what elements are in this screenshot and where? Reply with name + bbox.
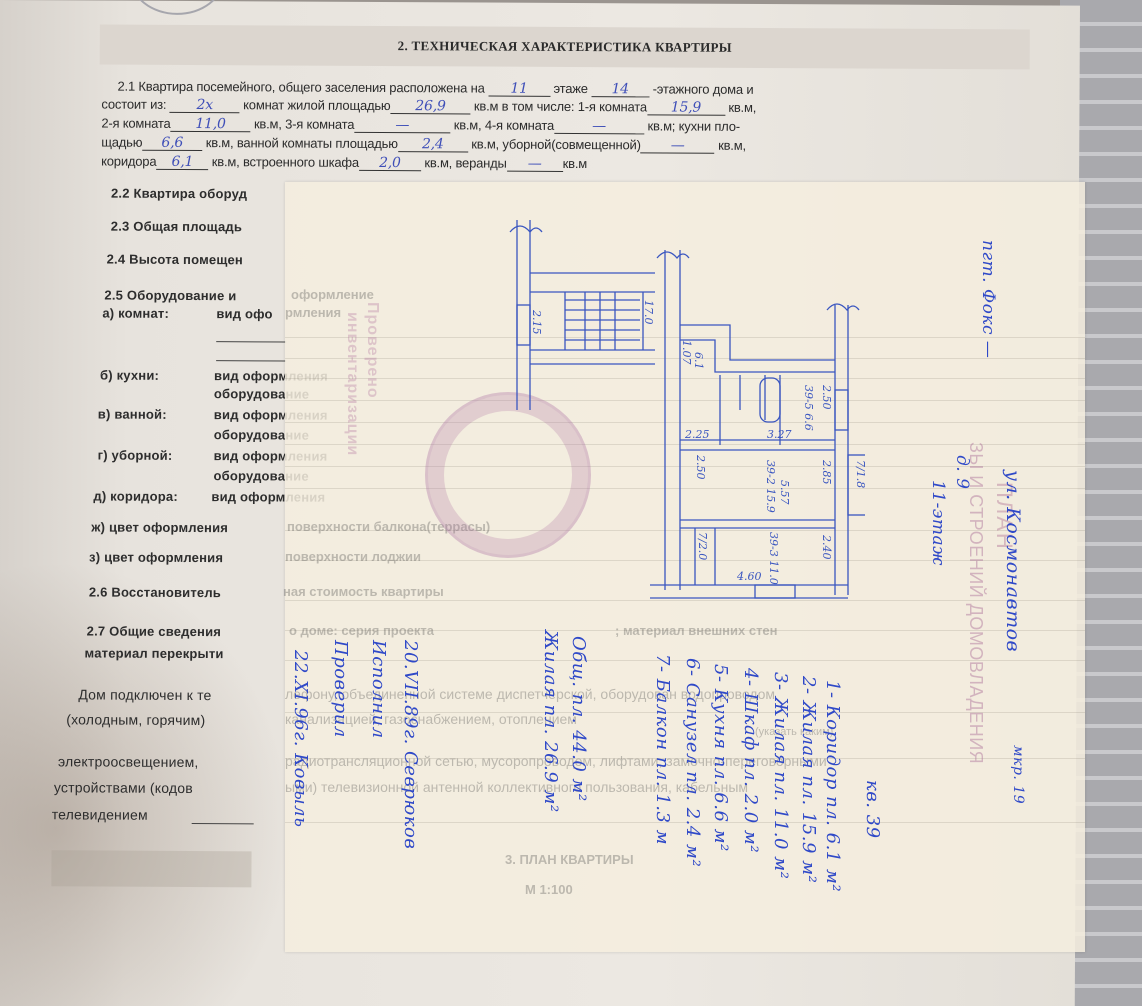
blank-line	[216, 341, 286, 342]
item-2-2: 2.2 Квартира оборуд	[111, 186, 247, 202]
para-2-1-line-1: 2.1 Квартира посемейного, общего заселен…	[118, 79, 754, 98]
dim-room1-l: 5.57	[778, 480, 791, 505]
item-2-6: 2.6 Восстановитель	[89, 584, 221, 600]
hw-item-4: 4- Шкаф пл. 2.0 м²	[740, 668, 761, 853]
dim-bath: 2.25	[684, 428, 710, 441]
hw-item-5: 5- Кухня пл. 6.6 м²	[710, 664, 731, 852]
text: кв.м, уборной(совмещенной)	[471, 136, 641, 152]
house-water: (холодным, горячим)	[66, 711, 205, 728]
text: кв.м	[563, 156, 587, 171]
hw-executed-by: Исполнил	[368, 640, 389, 739]
text: этаже	[553, 81, 587, 96]
text: кв.м,	[728, 100, 756, 115]
faded-text: оформление	[291, 287, 374, 302]
floor-field[interactable]: 11	[488, 83, 550, 97]
label-loggia-color: з) цвет оформления	[89, 549, 223, 565]
faded-text: ; материал внешних стен	[615, 623, 778, 638]
text: комнат жилой площадью	[243, 97, 390, 113]
label-rooms: а) комнат:	[102, 306, 169, 321]
faded-text: ная стоимость квартиры	[283, 584, 444, 599]
text: кв.м,	[718, 138, 746, 153]
room2-field[interactable]: 11,0	[170, 118, 250, 132]
veranda-field[interactable]: —	[507, 158, 563, 172]
label-balcony-color: ж) цвет оформления	[91, 519, 228, 535]
item-2-7: 2.7 Общие сведения	[87, 623, 221, 639]
hw-address-4: мкр. 19	[1010, 745, 1026, 804]
stamp-text: Проверено	[363, 302, 381, 399]
room2-label: 39-3 11.0	[767, 532, 780, 585]
text: 2-я комната	[101, 116, 170, 131]
dim-kitchen-l: 3.27	[767, 428, 792, 441]
house-tv: телевидением	[52, 806, 148, 823]
hw-address-3: д. 9	[952, 455, 972, 489]
hw-living-area: Жилая пл. 26.9 м²	[540, 630, 561, 813]
item-2-5: 2.5 Оборудование и	[104, 288, 236, 304]
footer-band	[51, 850, 251, 887]
dim-corridor-l: 6.1	[692, 352, 705, 370]
hw-floor: 11-этаж	[928, 480, 948, 566]
dim-room2-w: 2.40	[820, 534, 833, 560]
text: кв.м в том числе: 1-я комната	[474, 98, 647, 114]
room1-label: 39-2 15.9	[764, 460, 777, 513]
hw-item-7: 7- Балкон пл. 1.3 м	[652, 654, 673, 845]
house-devices: устройствами (кодов	[54, 779, 193, 796]
dim-landing: 17.0	[642, 300, 655, 325]
dim-corridor-w: 1.07	[680, 340, 693, 365]
text: щадью	[101, 135, 142, 150]
hw-checked-by: Проверил	[330, 640, 351, 738]
house-connected: Дом подключен к те	[78, 686, 211, 703]
dim-room2-l: 4.60	[736, 570, 762, 583]
dim-kitchen-w: 2.50	[820, 384, 833, 410]
hw-signature-date-1: 20.VII.89г. Севрюков	[400, 640, 421, 849]
hw-apartment: кв. 39	[862, 780, 883, 839]
item-2-3: 2.3 Общая площадь	[111, 219, 242, 235]
top-stamp-fragment	[130, 0, 224, 15]
text: 2.1 Квартира посемейного, общего заселен…	[118, 79, 485, 96]
faded-text: рмления	[285, 305, 341, 320]
text: кв.м; кухни пло-	[647, 118, 739, 133]
text: кв.м, встроенного шкафа	[212, 154, 359, 170]
text: кв.м, ванной комнаты площадью	[206, 135, 398, 151]
plan-stamp-subtitle: ЗЫ И СТРОЕНИЙ ДОМОВЛАДЕНИЯ	[965, 442, 986, 764]
dim-stair: 2.15	[530, 309, 543, 335]
text: состоит из:	[101, 97, 166, 112]
hw-signature-date-2: 22.XI.96г. Ковыль	[290, 650, 311, 827]
item-2-4: 2.4 Высота помещен	[107, 252, 243, 268]
faded-text: о доме: серия проекта	[289, 623, 434, 638]
balcony-label: 7/1.8	[854, 460, 865, 488]
para-2-1-line-5: коридора6,1 кв.м, встроенного шкафа2,0 к…	[101, 154, 587, 173]
hw-item-2: 2- Жилая пл. 15.9 м²	[798, 676, 819, 883]
kitchen-label: 39-5 6.6	[802, 385, 815, 431]
hw-address-2: ул. Космонавтов	[1002, 470, 1024, 652]
label-corridor: д) коридора:	[93, 488, 178, 503]
label-bath: в) ванной:	[98, 407, 167, 422]
hw-item-6: 6- Санузел пл. 2.4 м²	[682, 658, 703, 867]
faded-text: 3. ПЛАН КВАРТИРЫ	[505, 852, 634, 867]
room1-field[interactable]: 15,9	[647, 101, 725, 115]
faded-text: ыми) телевизионной антенной коллективног…	[285, 779, 748, 795]
para-2-1-line-2: состоит из: 2х комнат жилой площадью26,9…	[101, 97, 756, 116]
dim-room1-h: 2.50	[694, 454, 707, 480]
label-wc: г) уборной:	[98, 448, 173, 463]
faded-text: поверхности лоджии	[285, 549, 421, 564]
corridor-field[interactable]: 6,1	[156, 156, 208, 170]
room3-field[interactable]: —	[354, 119, 450, 134]
dim-room1-w: 2.85	[820, 459, 833, 485]
stamp-text: инвентаризации	[343, 312, 361, 456]
faded-text: М 1:100	[525, 882, 573, 897]
wc-field[interactable]: —	[641, 139, 715, 153]
floors-material: материал перекрыти	[85, 645, 224, 661]
para-2-1-line-4: щадью6,6 кв.м, ванной комнаты площадью2,…	[101, 135, 746, 154]
rooms-field[interactable]: 2х	[170, 99, 240, 113]
floor-plan-drawing: 2.15 17.0 1.07 6.1 2.25 3.27 39-5 6.6 2.…	[505, 210, 865, 610]
hw-total-area: Общ. пл. 44.0 м²	[568, 636, 589, 802]
hw-item-3: 3- Жилая пл. 11.0 м²	[770, 672, 791, 879]
kitchen-field[interactable]: 6,6	[142, 137, 202, 151]
house-electric: электроосвещением,	[58, 753, 199, 770]
room4-field[interactable]: —	[554, 120, 644, 134]
text: -этажного дома и	[653, 81, 754, 97]
closet-label: 7/2.0	[696, 532, 709, 560]
living-area-field[interactable]: 26,9	[390, 100, 470, 114]
faded-text: канализацией, газоснабжением, отоплением	[285, 711, 577, 727]
text: кв.м, 3-я комната	[254, 116, 354, 132]
rooms-decor: вид офо	[216, 306, 272, 321]
closet-field[interactable]: 2,0	[359, 157, 421, 171]
bath-field[interactable]: 2,4	[398, 138, 468, 152]
text: кв.м, веранды	[424, 155, 506, 170]
hw-address-1: пгт. Фокс —	[978, 240, 998, 358]
label-kitchen: б) кухни:	[100, 368, 159, 383]
floors-total-field[interactable]: 14	[591, 83, 649, 97]
text: коридора	[101, 154, 156, 169]
blank-line	[216, 360, 286, 361]
text: кв.м, 4-я комната	[454, 117, 554, 133]
hw-item-1: 1- Коридор пл. 6.1 м²	[822, 680, 843, 892]
para-2-1-line-3: 2-я комната11,0 кв.м, 3-я комната— кв.м,…	[101, 116, 740, 135]
